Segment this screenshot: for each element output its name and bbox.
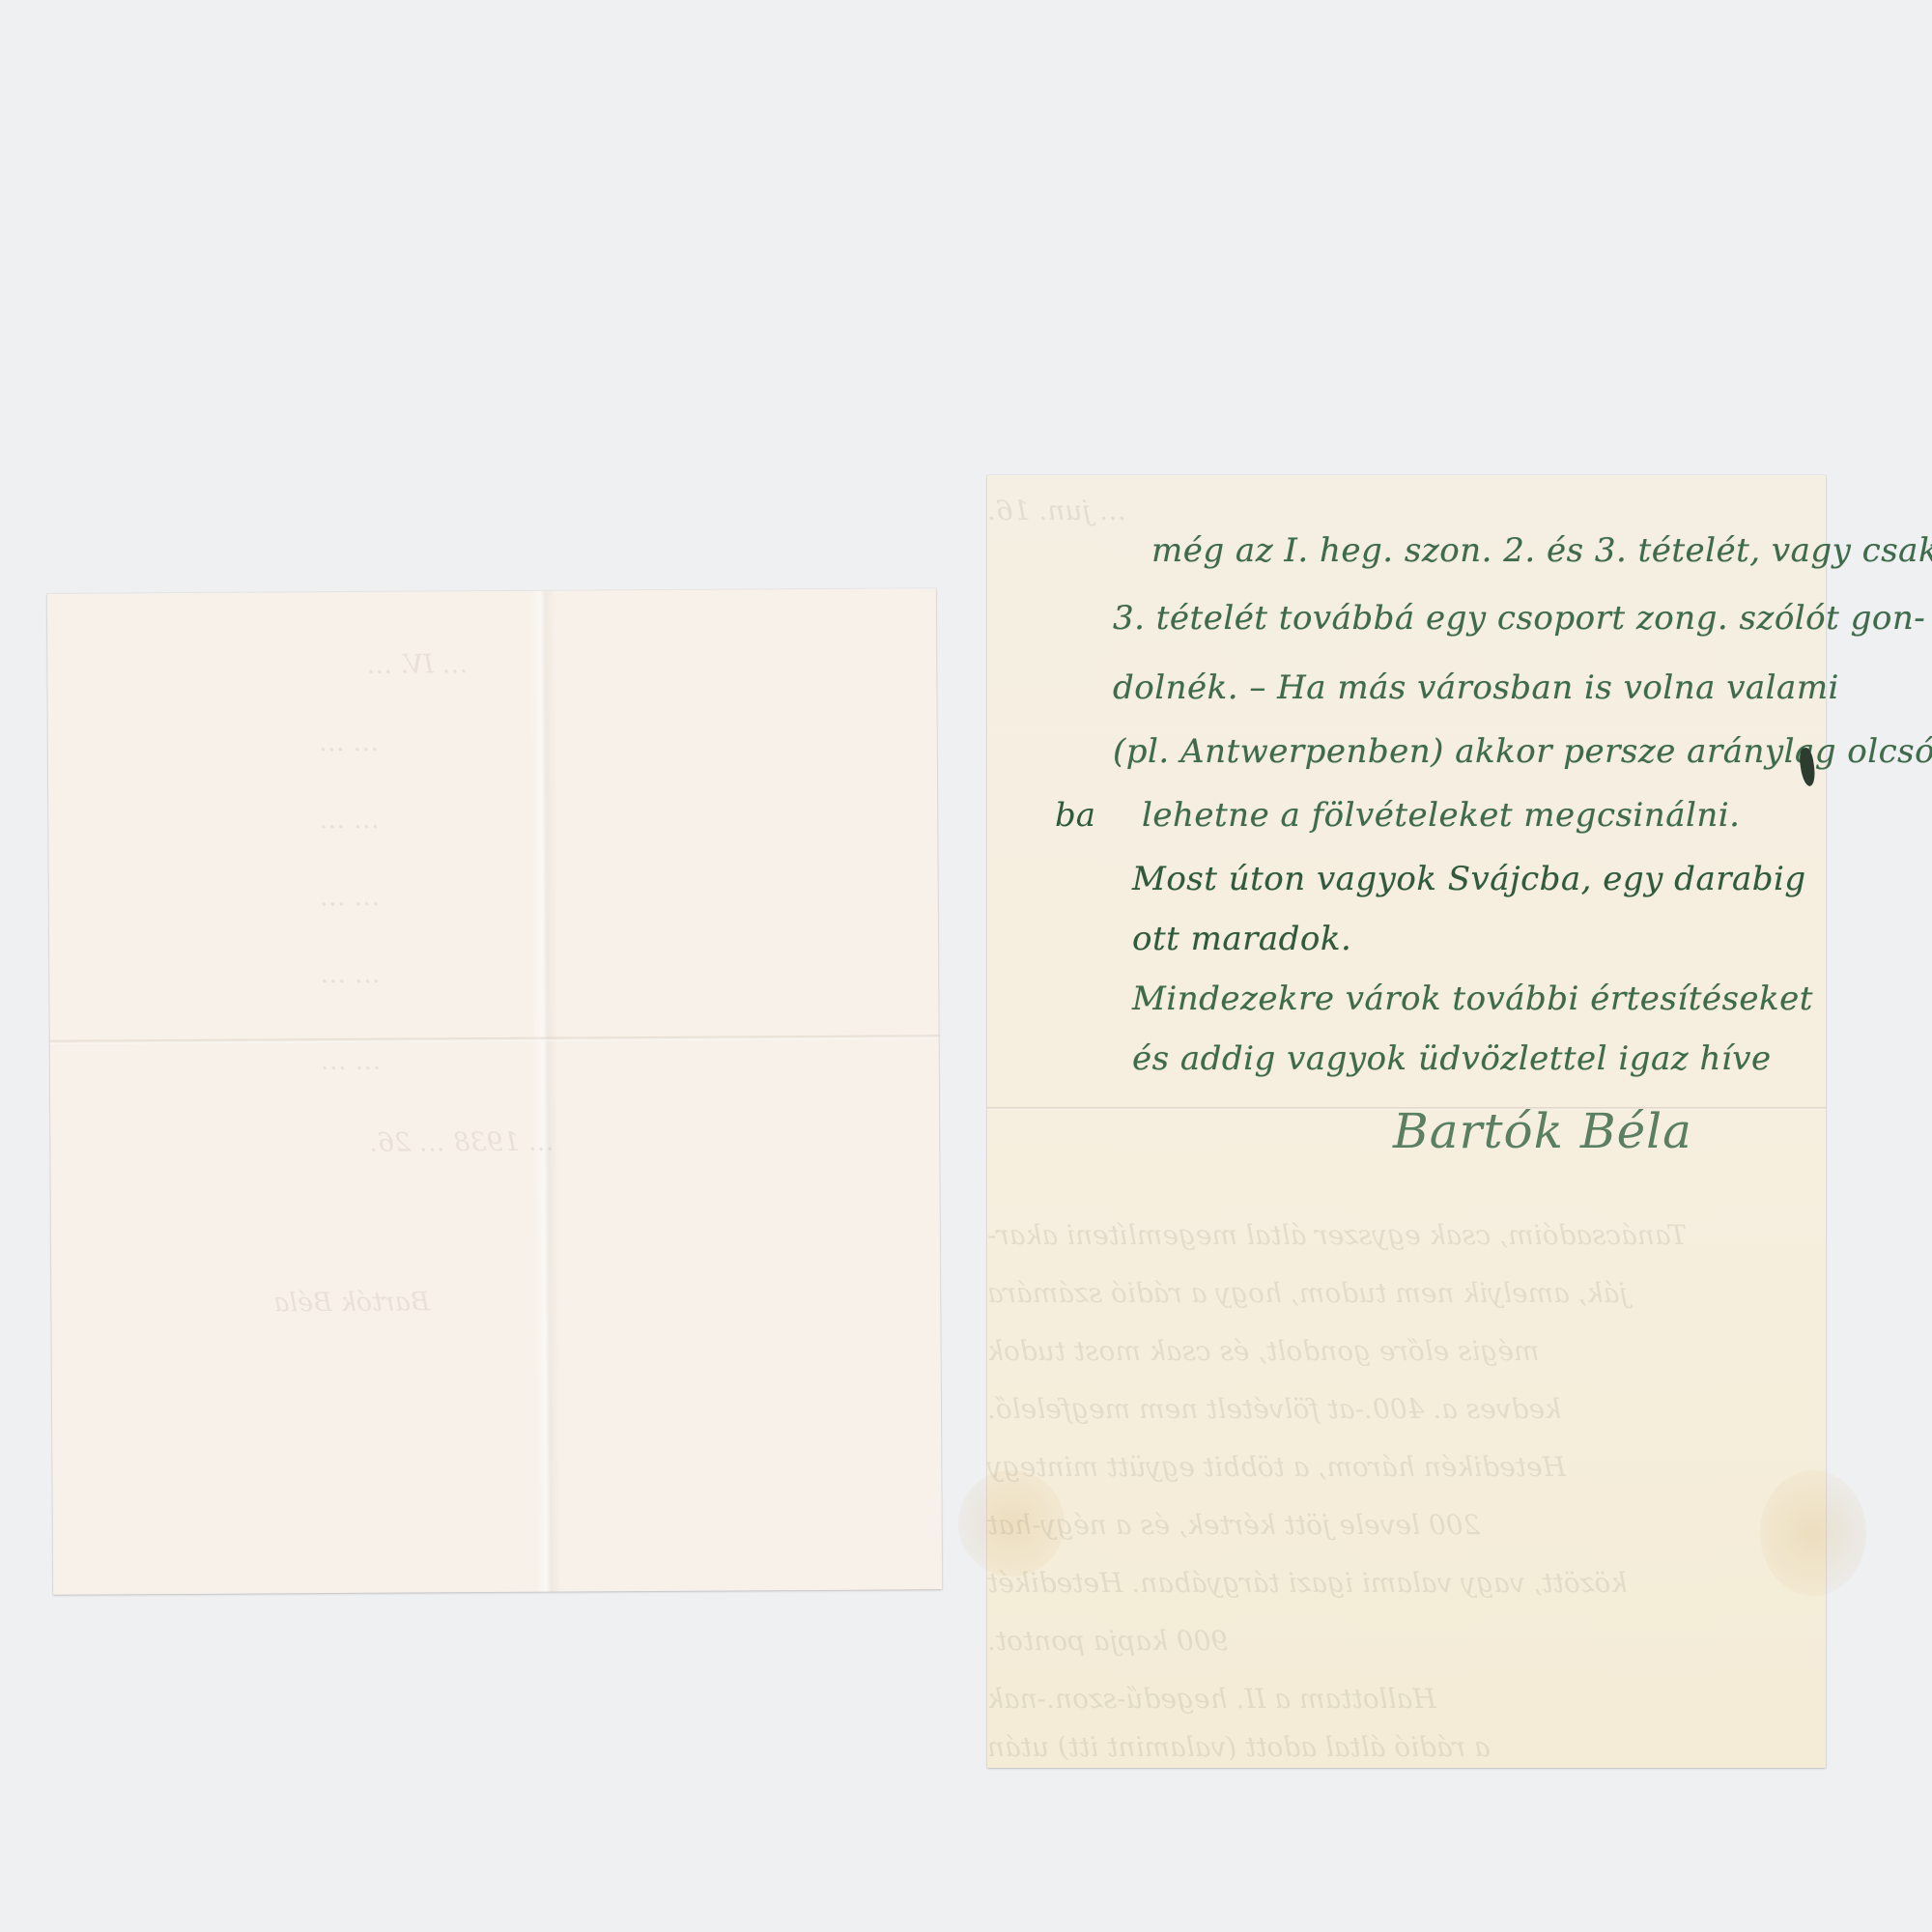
- letter-line: még az I. heg. szon. 2. és 3. tételét, v…: [1151, 531, 1932, 570]
- show-through-line: … …: [319, 727, 380, 757]
- letter-line: ott maradok.: [1132, 920, 1351, 958]
- show-through-line: Tanácsadóim, csak egyszer által megemlít…: [987, 1219, 1779, 1251]
- signature: Bartók Béla: [1393, 1103, 1692, 1159]
- show-through-line: … …: [321, 1046, 382, 1076]
- show-through-line: … …: [319, 805, 380, 835]
- letter-sheet-right: … jun. 16. Tanácsadóim, csak egyszer ált…: [987, 475, 1826, 1768]
- letter-line: lehetne a fölvételeket megcsinálni.: [1142, 796, 1740, 835]
- letter-line: dolnék. – Ha más városban is volna valam…: [1113, 668, 1839, 707]
- letter-line: 3. tételét továbbá egy csoport zong. szó…: [1113, 599, 1925, 638]
- show-through-signature: Bartók Béla: [273, 1287, 430, 1318]
- show-through-line: … IV. …: [366, 649, 468, 680]
- letter-line: és addig vagyok üdvözlettel igaz híve: [1132, 1039, 1772, 1078]
- show-through-line: … …: [320, 959, 381, 989]
- show-through-line: … jun. 16.: [987, 495, 1779, 526]
- letter-line-continuation: ba: [1055, 796, 1095, 835]
- show-through-line: … 1938 … 26.: [369, 1127, 554, 1158]
- show-through-line: között, vagy valami igazi tárgyában. Het…: [987, 1567, 1779, 1599]
- show-through-line: a rádió által adott (valamint itt) után: [987, 1731, 1779, 1763]
- show-through-line: Hetedikén három, a többit együtt mintegy: [987, 1451, 1779, 1483]
- letter-line: Most úton vagyok Svájcba, egy darabig: [1132, 860, 1806, 898]
- letter-line: Mindezekre várok további értesítéseket: [1132, 980, 1813, 1018]
- fold-crease-vertical: [530, 591, 561, 1592]
- show-through-line: ják, amelyik nem tudom, hogy a rádió szá…: [987, 1277, 1779, 1309]
- show-through-line: 200 levele jött kértek, és a négy-hat: [987, 1509, 1779, 1541]
- show-through-line: 900 kapja pontot.: [987, 1625, 1779, 1657]
- show-through-line: Hallottam a II. hegedű-szon.-nak: [987, 1683, 1779, 1715]
- fold-crease-horizontal: [50, 1035, 939, 1044]
- show-through-line: kedves a. 400.-at fölvételt nem megfelel…: [987, 1393, 1779, 1425]
- show-through-line: … …: [320, 882, 381, 912]
- show-through-line: mégis előre gondolt, és csak most tudok: [987, 1335, 1779, 1367]
- letter-sheet-left: … IV. … … … … … … … … … … … … 1938 … 26.…: [47, 588, 942, 1595]
